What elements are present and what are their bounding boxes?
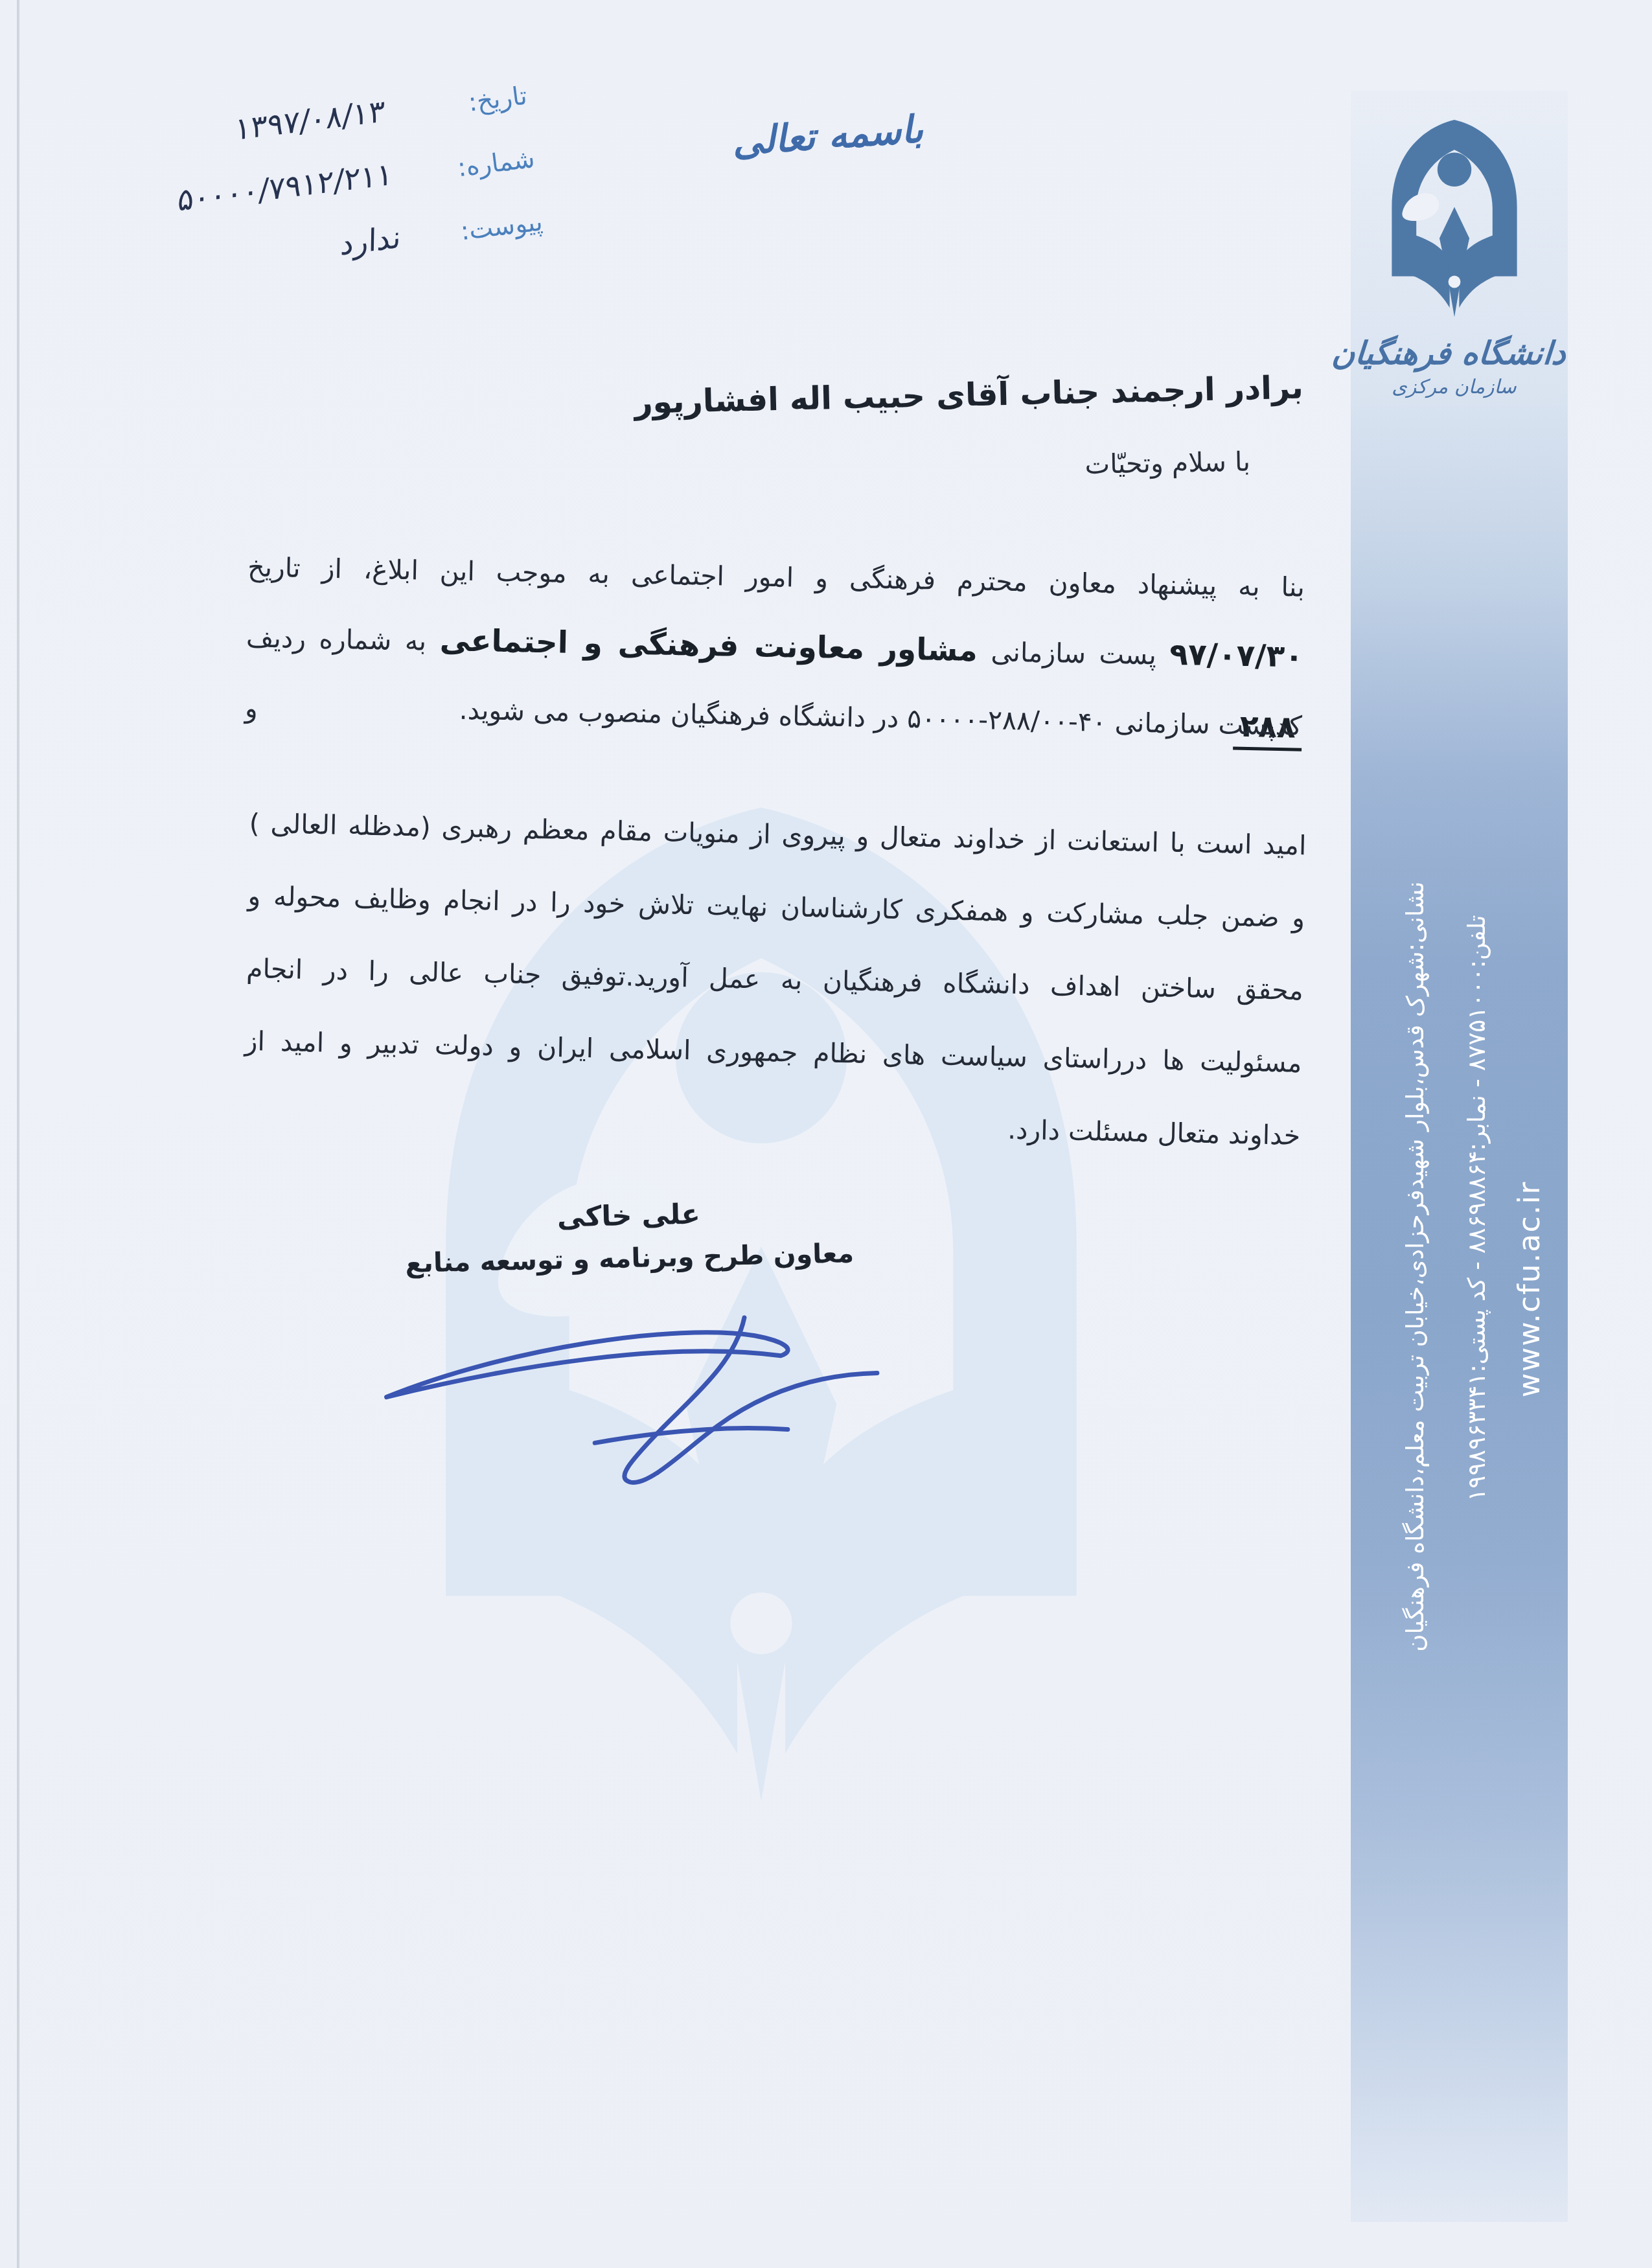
- paragraph1-line2-text-b: به شماره ردیف: [246, 622, 427, 656]
- sidebar-contact: تلفن:۸۷۷۵۱۰۰۰ - نمابر:۸۸۶۹۸۸۶۴ - کد پستی…: [1460, 839, 1495, 1577]
- university-emblem-icon: [1373, 105, 1536, 330]
- central-organization-label: سازمان مرکزی: [1342, 376, 1566, 398]
- addressee-line: برادر ارجمند جناب آقای حبیب اله افشارپور: [246, 369, 1304, 430]
- handwritten-signature: [365, 1270, 901, 1503]
- header-fields: تاریخ: ۱۳۹۷/۰۸/۱۳ شماره: ۵۰۰۰۰/۷۹۱۲/۲۱۱ …: [87, 76, 548, 319]
- scanned-letter-page: نشانی:شهرک قدس،بلوار شهیدفرحزادی،خیابان …: [0, 0, 1652, 2268]
- attachment-value: ندارد: [339, 220, 401, 263]
- position-title: مشاور معاونت فرهنگی و اجتماعی: [439, 623, 978, 669]
- wishes-paragraph: امید است با استعانت از خداوند متعال و پی…: [242, 787, 1307, 1172]
- paragraph1-line2-text-a: پست سازمانی: [991, 636, 1156, 670]
- sidebar-website: www.cfu.ac.ir: [1511, 1160, 1546, 1419]
- paragraph1-line2-text-c: و: [245, 693, 258, 724]
- number-label: شماره:: [430, 144, 536, 186]
- date-value: ۱۳۹۷/۰۸/۱۳: [235, 93, 385, 148]
- sidebar-address: نشانی:شهرک قدس،بلوار شهیدفرحزادی،خیابان …: [1398, 761, 1433, 1772]
- sidebar-band: نشانی:شهرک قدس،بلوار شهیدفرحزادی،خیابان …: [1351, 91, 1568, 2222]
- salutation-line: با سلام وتحیّات: [246, 446, 1251, 494]
- date-label: تاریخ:: [422, 82, 529, 123]
- university-name: دانشگاه فرهنگیان: [1341, 335, 1567, 372]
- bismillah-calligraphy: باسمه تعالی: [731, 107, 924, 164]
- university-logo-block: دانشگاه فرهنگیان سازمان مرکزی: [1342, 105, 1566, 398]
- appointment-paragraph: بنا به پیشنهاد معاون محترم فرهنگی و امور…: [244, 533, 1305, 761]
- signature-block: علی خاکی معاون طرح وبرنامه و توسعه منابع: [360, 1194, 904, 1506]
- effective-date: ۹۷/۰۷/۳۰: [1169, 637, 1303, 675]
- scan-edge-line: [17, 0, 19, 2268]
- attachment-label: پیوست:: [438, 207, 544, 249]
